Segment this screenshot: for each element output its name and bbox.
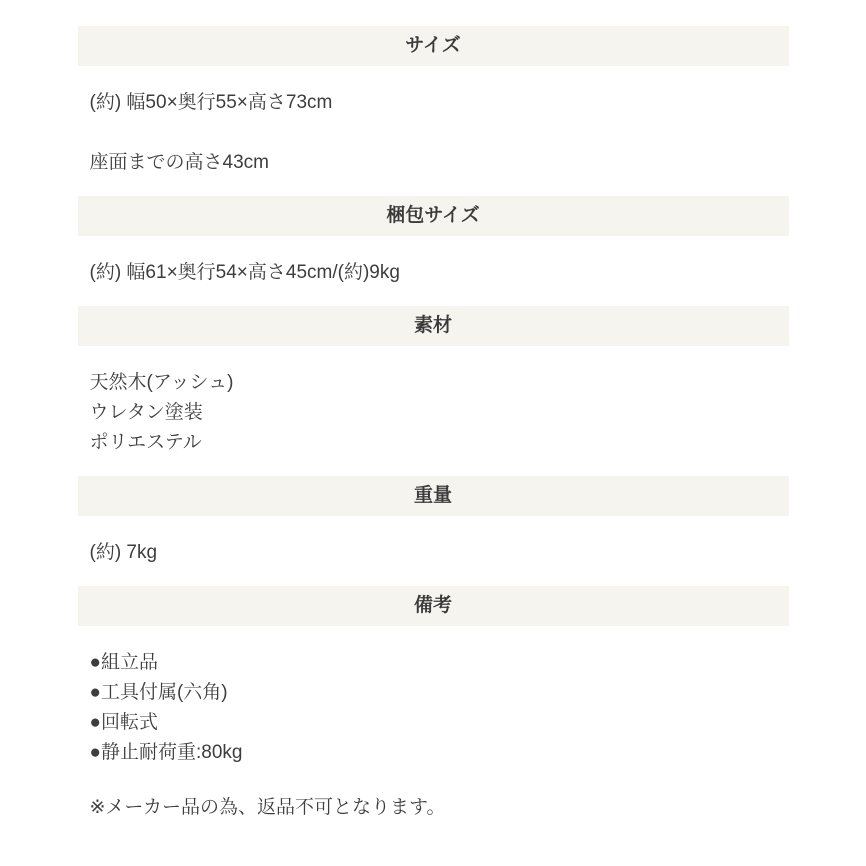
section-body-weight: (約) 7kg [90,538,789,568]
section-header-material: 素材 [78,306,789,346]
section-weight: 重量 (約) 7kg [78,476,789,568]
section-title: 梱包サイズ [386,205,479,226]
section-title: 重量 [414,485,452,506]
spec-line: 座面までの高さ43cm [90,148,789,178]
spec-line: ウレタン塗装 [90,398,789,428]
section-material: 素材 天然木(アッシュ) ウレタン塗装 ポリエステル [78,306,789,458]
section-body-package-size: (約) 幅61×奥行54×高さ45cm/(約)9kg [90,258,789,288]
spec-line: ●回転式 [90,708,789,738]
section-header-notes: 備考 [78,586,789,626]
section-title: サイズ [405,35,460,56]
section-title: 素材 [414,315,452,336]
section-header-weight: 重量 [78,476,789,516]
section-size: サイズ (約) 幅50×奥行55×高さ73cm 座面までの高さ43cm [78,26,789,178]
section-body-notes: ●組立品 ●工具付属(六角) ●回転式 ●静止耐荷重:80kg [90,648,789,768]
section-body-material: 天然木(アッシュ) ウレタン塗装 ポリエステル [90,368,789,458]
spec-line: (約) 幅50×奥行55×高さ73cm [90,88,789,118]
spec-line: (約) 7kg [90,538,789,568]
spec-line: ポリエステル [90,428,789,458]
return-policy-note: ※メーカー品の為、返品不可となります。 [90,793,789,823]
section-header-size: サイズ [78,26,789,66]
spec-container: サイズ (約) 幅50×奥行55×高さ73cm 座面までの高さ43cm 梱包サイ… [78,0,789,823]
section-header-package-size: 梱包サイズ [78,196,789,236]
spec-line: ●静止耐荷重:80kg [90,738,789,768]
section-notes: 備考 ●組立品 ●工具付属(六角) ●回転式 ●静止耐荷重:80kg [78,586,789,768]
spec-line: (約) 幅61×奥行54×高さ45cm/(約)9kg [90,258,789,288]
spec-line: ●組立品 [90,648,789,678]
product-spec-page: サイズ (約) 幅50×奥行55×高さ73cm 座面までの高さ43cm 梱包サイ… [0,0,866,866]
section-package-size: 梱包サイズ (約) 幅61×奥行54×高さ45cm/(約)9kg [78,196,789,288]
spec-line-spacer [90,118,789,148]
section-title: 備考 [414,595,452,616]
spec-line: 天然木(アッシュ) [90,368,789,398]
section-body-size: (約) 幅50×奥行55×高さ73cm 座面までの高さ43cm [90,88,789,178]
spec-line: ●工具付属(六角) [90,678,789,708]
